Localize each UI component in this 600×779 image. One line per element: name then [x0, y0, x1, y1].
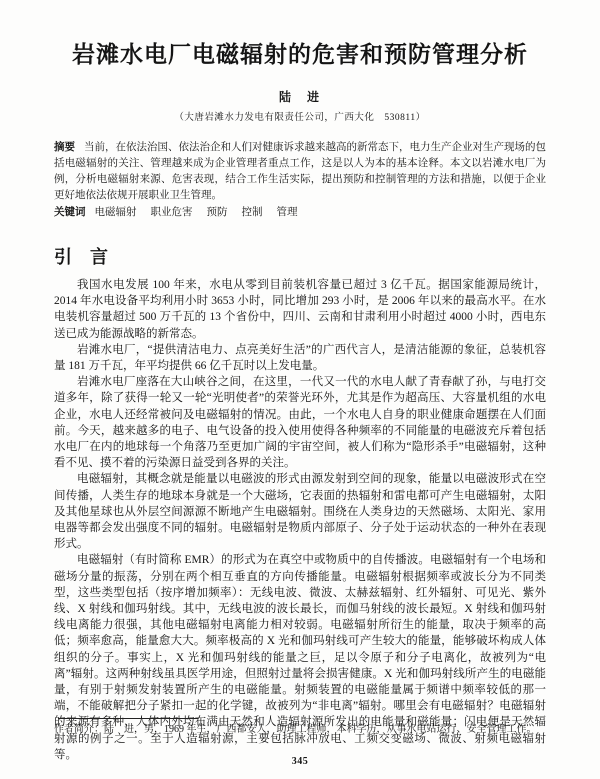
abstract-paragraph: 摘要当前，在依法治国、依法治企和人们对健康诉求越来越高的新常态下，电力生产企业对… — [54, 139, 546, 204]
author-affiliation: （大唐岩滩水力发电有限责任公司，广西大化 530811） — [54, 109, 546, 123]
author-name: 陆 进 — [54, 88, 546, 105]
body-paragraph: 电磁辐射，其概念就是能量以电磁波的形式由源发射到空间的现象，能量以电磁波形式在空… — [54, 471, 546, 552]
paper-title: 岩滩水电厂电磁辐射的危害和预防管理分析 — [54, 40, 546, 68]
introduction-body: 我国水电发展 100 年来，水电从零到目前装机容量已超过 3 亿千瓦。据国家能源… — [54, 277, 546, 763]
abstract-text: 当前，在依法治国、依法治企和人们对健康诉求越来越高的新常态下，电力生产企业对生产… — [54, 142, 546, 201]
keywords-label: 关键词 — [54, 206, 86, 218]
keyword: 控制 — [242, 207, 263, 218]
abstract-label: 摘要 — [54, 141, 75, 153]
section-heading-introduction: 引 言 — [54, 247, 546, 267]
keyword: 预防 — [207, 207, 228, 218]
body-paragraph: 岩滩水电厂座落在大山峡谷之间，在这里，一代又一代的水电人献了青春献了孙，与电打交… — [54, 374, 546, 471]
keywords-line: 关键词电磁辐射职业危害预防控制管理 — [54, 204, 546, 221]
scanned-page: 岩滩水电厂电磁辐射的危害和预防管理分析 陆 进 （大唐岩滩水力发电有限责任公司，… — [0, 0, 600, 779]
keyword: 电磁辐射 — [95, 207, 137, 218]
footnote-divider — [58, 718, 198, 719]
author-bio: 作者简介：陆 进，男，1969 年生，广西都安人，助理工程师，本科学历，从事水电… — [54, 723, 546, 736]
page-number: 345 — [0, 756, 600, 767]
keyword: 职业危害 — [151, 207, 193, 218]
abstract-block: 摘要当前，在依法治国、依法治企和人们对健康诉求越来越高的新常态下，电力生产企业对… — [54, 139, 546, 221]
body-paragraph: 我国水电发展 100 年来，水电从零到目前装机容量已超过 3 亿千瓦。据国家能源… — [54, 277, 546, 342]
body-paragraph: 岩滩水电厂，“提供清洁电力、点亮美好生活”的广西代言人，是清洁能源的象征，总装机… — [54, 342, 546, 374]
footnote-block: 作者简介：陆 进，男，1969 年生，广西都安人，助理工程师，本科学历，从事水电… — [54, 718, 546, 736]
keyword: 管理 — [277, 207, 298, 218]
